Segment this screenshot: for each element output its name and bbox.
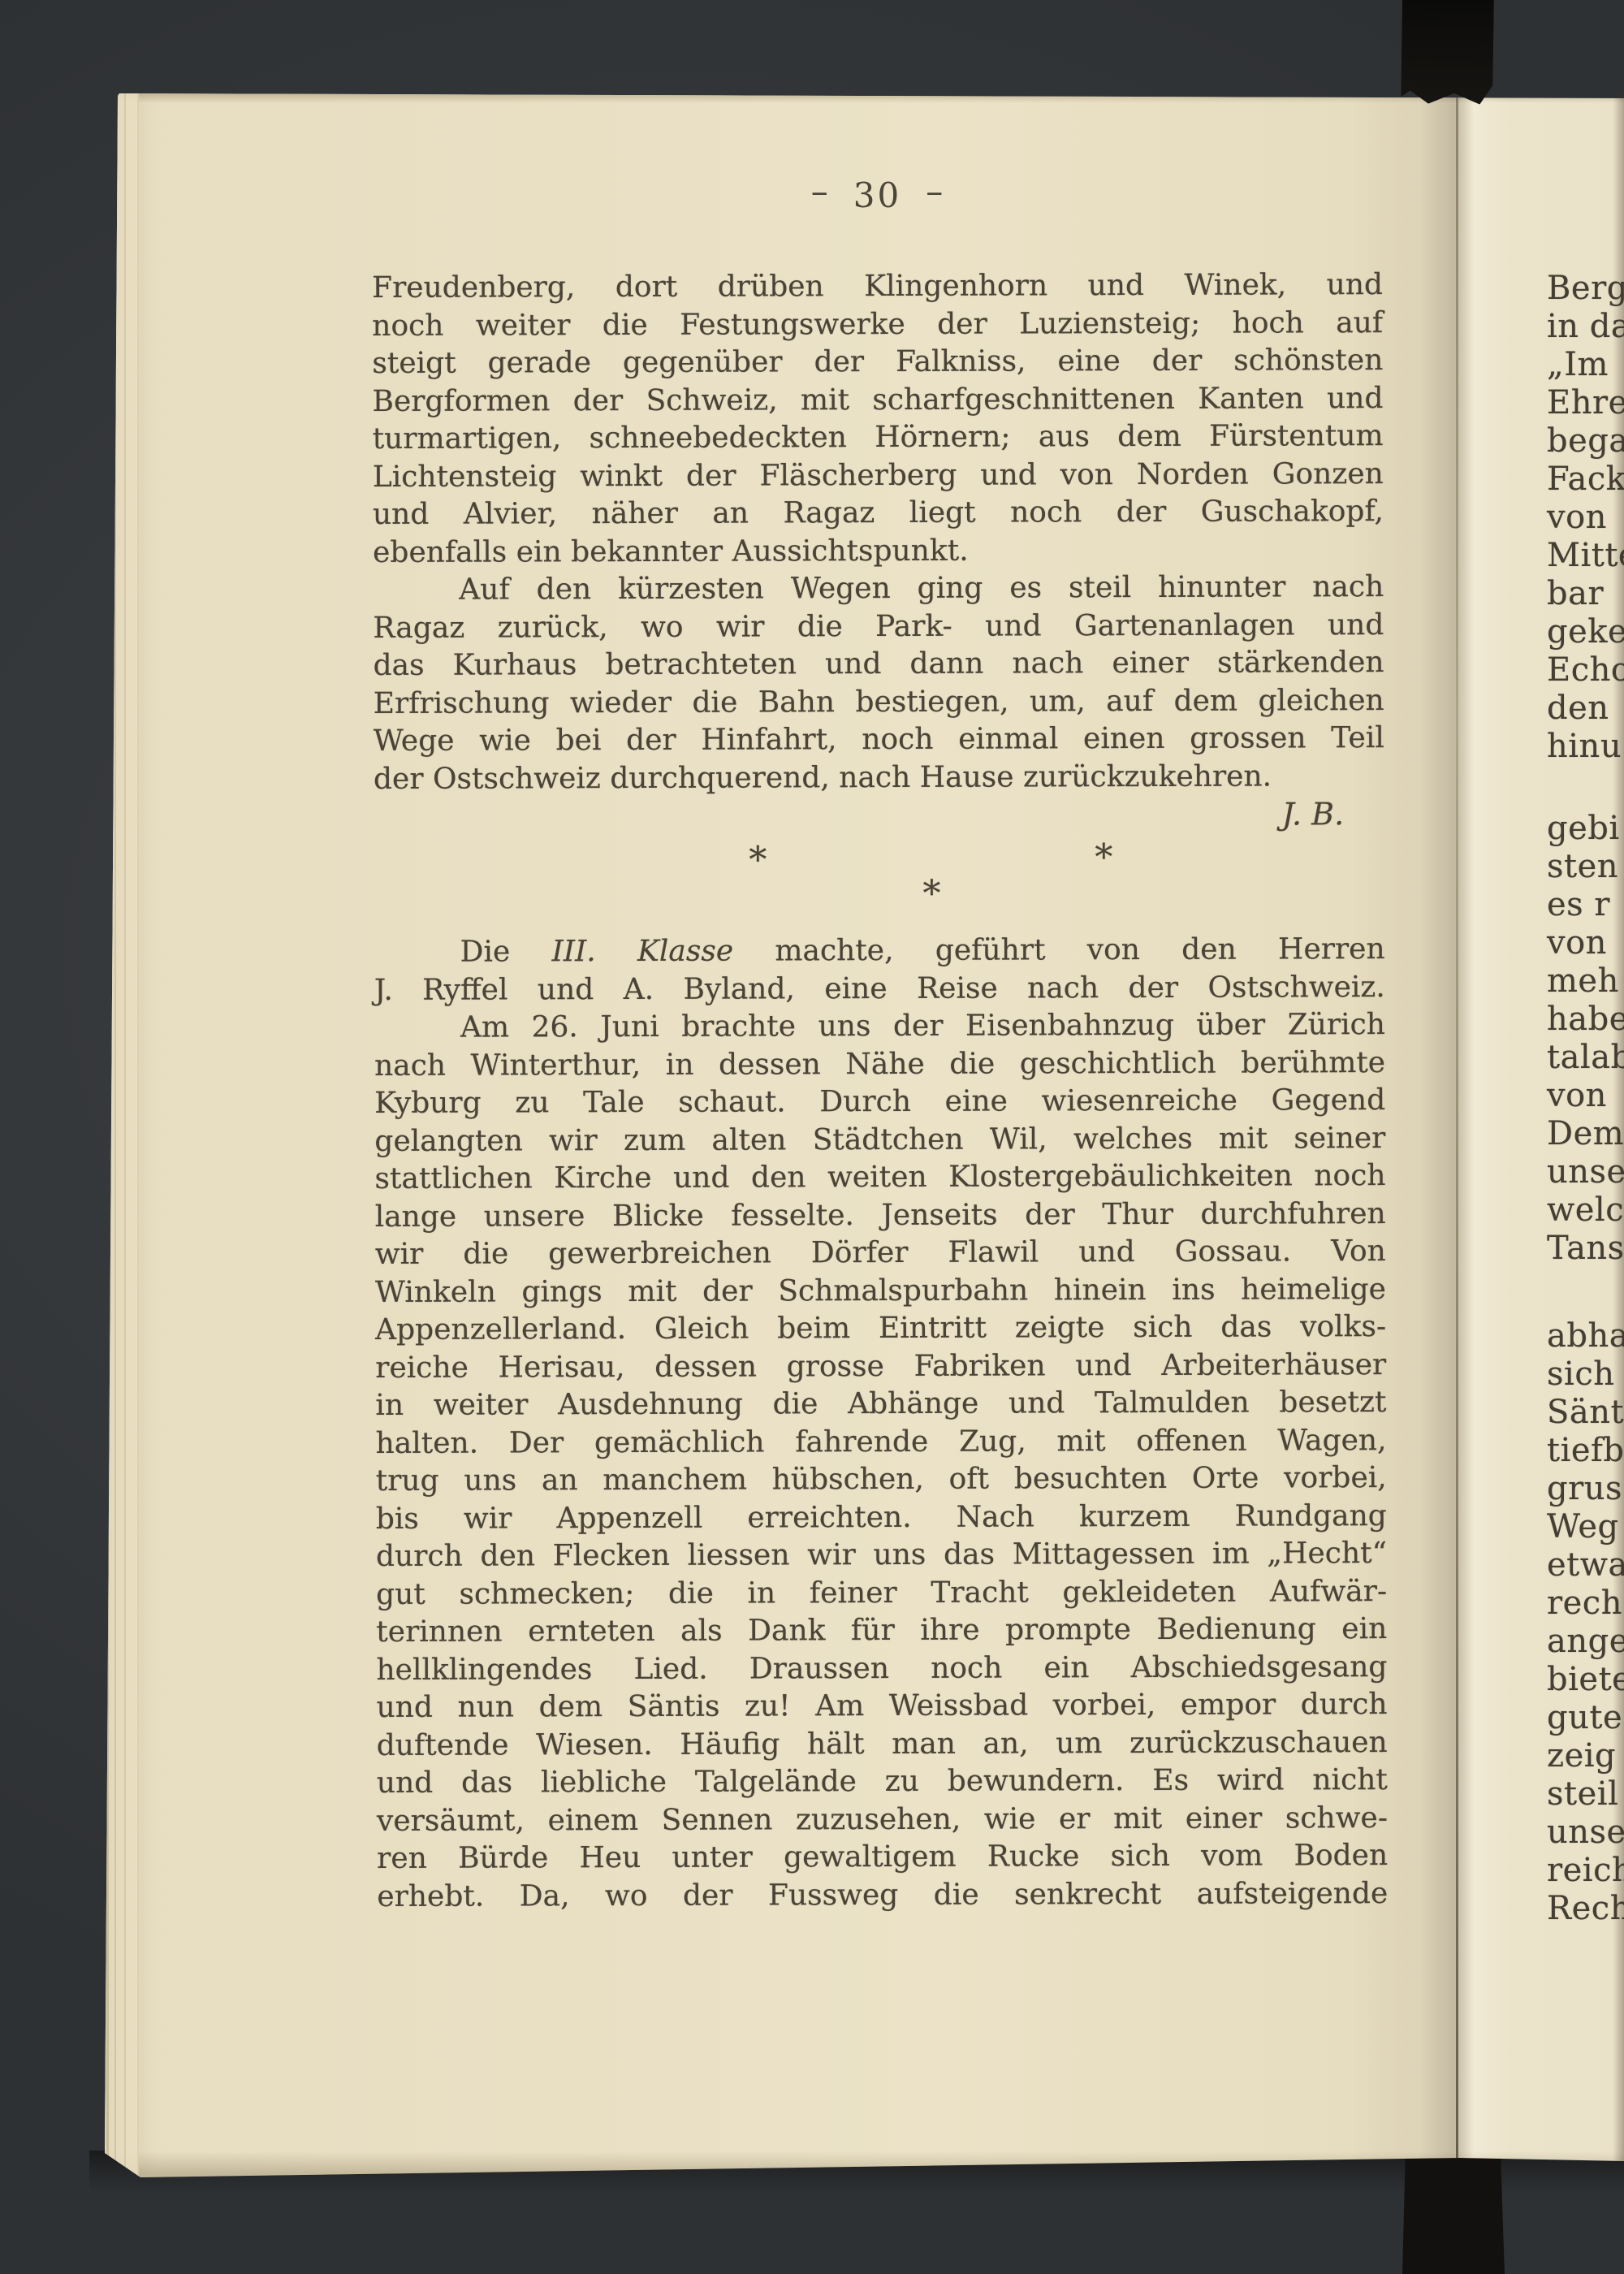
text-line: Bergformen der Schweiz, mit scharfgeschn… (372, 380, 1383, 421)
book-spine-strip (1402, 2154, 1505, 2274)
text-line: stattlichen Kirche und den weiten Kloste… (374, 1157, 1385, 1198)
text-line: und nun dem Säntis zu! Am Weissbad vorbe… (376, 1686, 1387, 1727)
italic-text-segment: III. Klasse (552, 935, 734, 969)
text-line: gelangten wir zum alten Städtchen Wil, w… (374, 1120, 1385, 1161)
text-line: duftende Wiesen. Häufig hält man an, um … (377, 1724, 1388, 1765)
text-line: nach Winterthur, in dessen Nähe die gesc… (374, 1044, 1385, 1085)
text-line: durch den Flecken liessen wir uns das Mi… (376, 1535, 1387, 1576)
image-right-edge-shade (1613, 93, 1624, 2161)
text-line: trug uns an manchem hübschen, oft besuch… (376, 1459, 1387, 1500)
photo-backdrop: –30– Freudenberg, dort drüben Klingenhor… (0, 0, 1624, 2274)
text-line: Appenzellerland. Gleich beim Eintritt ze… (375, 1308, 1386, 1349)
text-line: steigt gerade gegenüber der Falkniss, ei… (372, 342, 1383, 383)
paragraph-dritte-klasse: Die III. Klasse machte, geführt von den … (374, 931, 1385, 1009)
text-line: Die III. Klasse machte, geführt von den … (374, 931, 1385, 971)
text-line: gut schmecken; die in feiner Tracht gekl… (376, 1573, 1387, 1614)
text-line: Lichtensteig winkt der Fläscherberg und … (373, 456, 1384, 496)
text-line: J. Ryffel und A. Byland, eine Reise nach… (374, 969, 1385, 1009)
text-line: Auf den kürzesten Wegen ging es steil hi… (373, 568, 1384, 609)
paragraph-auf-den-kuerzesten: Auf den kürzesten Wegen ging es steil hi… (373, 568, 1384, 798)
text-line: Kyburg zu Tale schaut. Durch eine wiesen… (374, 1082, 1385, 1122)
text-line: halten. Der gemächlich fahrende Zug, mit… (375, 1422, 1386, 1463)
asterisk-icon: * (922, 873, 940, 914)
page-number-dash-left: – (811, 171, 829, 211)
text-line: und Alvier, näher an Ragaz liegt noch de… (373, 493, 1384, 534)
gutter-crease (1456, 93, 1458, 2177)
text-line: das Kurhaus betrachteten und dann nach e… (373, 644, 1384, 685)
page-number: 30 (853, 175, 901, 215)
text-line: bis wir Appenzell erreichten. Nach kurze… (376, 1498, 1387, 1538)
text-line: Winkeln gings mit der Schmalspurbahn hin… (375, 1271, 1386, 1312)
text-line: erhebt. Da, wo der Fussweg die senkrecht… (377, 1875, 1388, 1916)
text-line: Ragaz zurück, wo wir die Park- und Garte… (373, 607, 1384, 647)
text-line: reiche Herisau, dessen grosse Fabriken u… (375, 1347, 1386, 1387)
text-line: in weiter Ausdehnung die Abhänge und Tal… (375, 1384, 1386, 1424)
asterisk-icon: * (749, 839, 767, 880)
text-line: ebenfalls ein bekannter Aussichtspunkt. (373, 531, 1384, 572)
text-line: wir die gewerbreichen Dörfer Flawil und … (375, 1233, 1386, 1273)
left-page-text-block: Freudenberg, dort drüben Klingenhorn und… (372, 266, 1388, 1916)
asterisk-icon: * (1095, 837, 1112, 878)
text-line: turmartigen, schneebedeckten Hörnern; au… (373, 417, 1384, 458)
text-line: lange unsere Blicke fesselte. Jenseits d… (375, 1195, 1386, 1236)
text-line: Freudenberg, dort drüben Klingenhorn und… (372, 266, 1383, 307)
text-line: Am 26. Juni brachte uns der Eisenbahnzug… (374, 1006, 1385, 1047)
text-line: der Ostschweiz durchquerend, nach Hause … (374, 758, 1384, 798)
text-line: und das liebliche Talgelände zu bewunder… (377, 1762, 1388, 1802)
text-segment: Die (460, 935, 552, 968)
text-segment: machte, geführt von den Herren (733, 932, 1385, 968)
asterisk-separator: * * * (374, 832, 1384, 934)
text-line: noch weiter die Festungswerke der Luzien… (372, 305, 1383, 345)
page-number-header: –30– (372, 175, 1383, 215)
text-line: Erfrischung wieder die Bahn bestiegen, u… (374, 682, 1384, 723)
paragraph-reisebericht: Am 26. Juni brachte uns der Eisenbahnzug… (374, 1006, 1388, 1916)
author-signature: J. B. (374, 795, 1384, 836)
paragraph-freudenberg: Freudenberg, dort drüben Klingenhorn und… (372, 266, 1384, 572)
text-line: Wege wie bei der Hinfahrt, noch einmal e… (374, 720, 1384, 760)
text-line: hellklingendes Lied. Draussen noch ein A… (376, 1649, 1387, 1689)
bookmark-ribbon-icon (1401, 0, 1494, 105)
text-line: versäumt, einem Sennen zuzusehen, wie er… (377, 1800, 1388, 1840)
page-stack-edges (100, 93, 144, 2177)
text-line: terinnen ernteten als Dank für ihre prom… (376, 1610, 1387, 1651)
text-line: ren Bürde Heu unter gewaltigem Rucke sic… (377, 1837, 1388, 1878)
page-number-dash-right: – (926, 171, 944, 211)
